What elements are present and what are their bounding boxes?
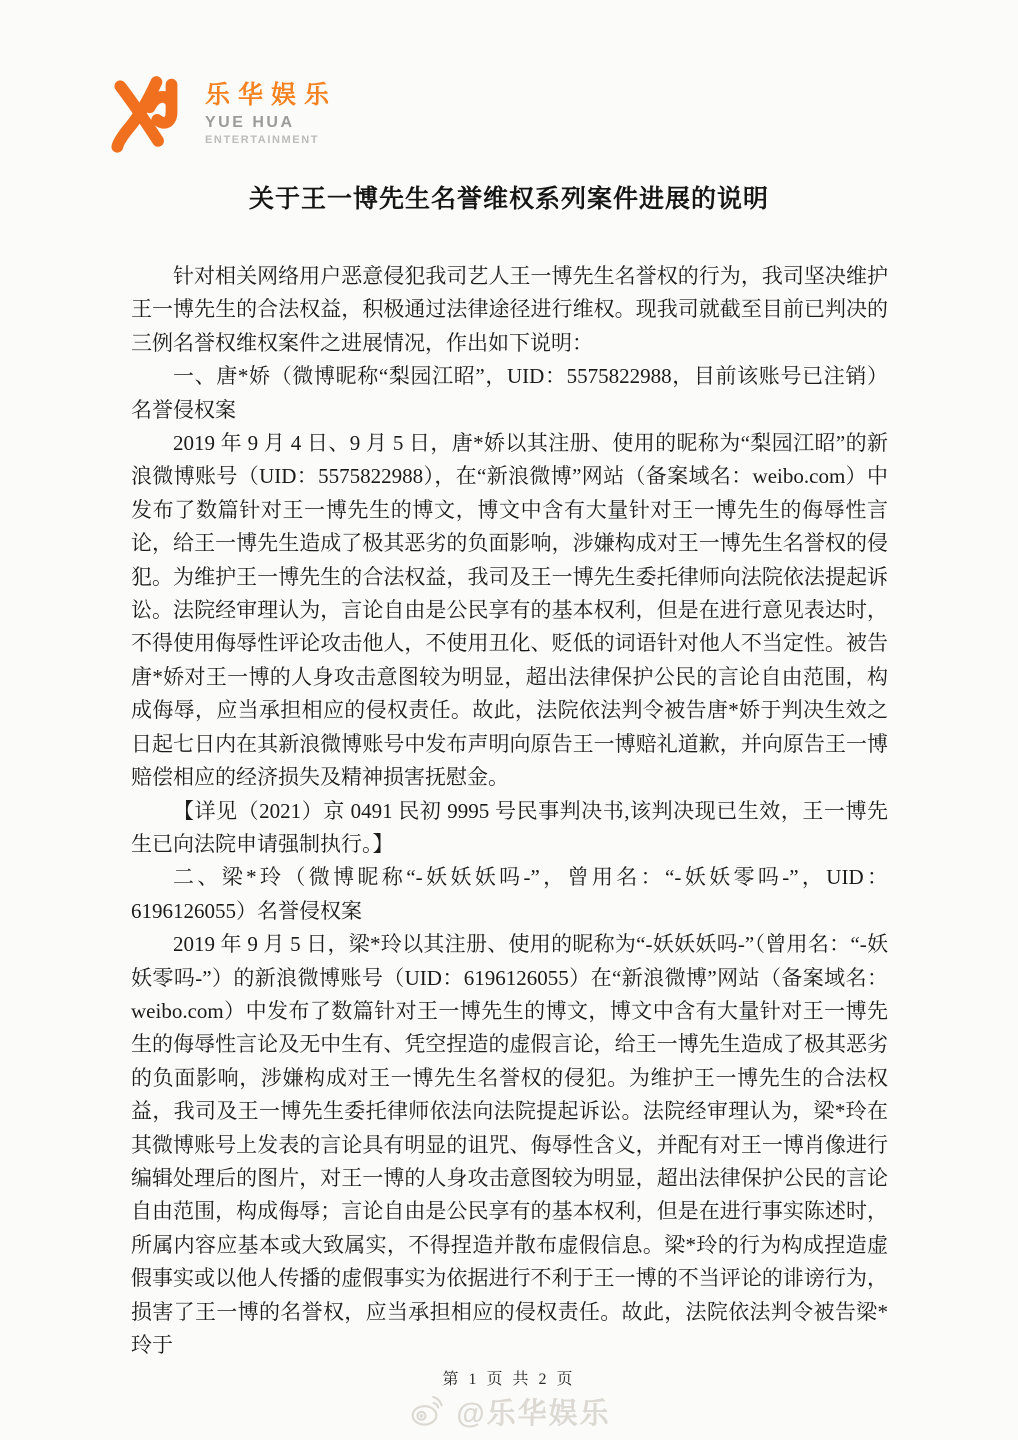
document-page: 乐华娱乐 YUE HUA ENTERTAINMENT 关于王一博先生名誉维权系列… xyxy=(0,0,1018,1440)
watermark-text: @乐华娱乐 xyxy=(456,1391,610,1432)
document-body: 针对相关网络用户恶意侵犯我司艺人王一博先生名誉权的行为，我司坚决维护王一博先生的… xyxy=(131,260,888,1362)
case-1-heading: 一、唐*娇（微博昵称“梨园江昭”，UID：5575822988，目前该账号已注销… xyxy=(131,360,888,427)
yuehua-monogram-icon xyxy=(106,72,190,156)
weibo-icon xyxy=(407,1390,449,1432)
case-1-body-paragraph: 2019 年 9 月 4 日、9 月 5 日，唐*娇以其注册、使用的昵称为“梨园… xyxy=(131,427,888,794)
logo-name-en: YUE HUA xyxy=(205,115,337,131)
company-logo: 乐华娱乐 YUE HUA ENTERTAINMENT xyxy=(106,72,337,156)
logo-wordmark: 乐华娱乐 YUE HUA ENTERTAINMENT xyxy=(205,72,337,146)
case-2-body-paragraph: 2019 年 9 月 5 日，梁*玲以其注册、使用的昵称为“-妖妖妖吗-”（曾用… xyxy=(131,928,888,1362)
intro-paragraph: 针对相关网络用户恶意侵犯我司艺人王一博先生名誉权的行为，我司坚决维护王一博先生的… xyxy=(131,260,888,360)
document-title: 关于王一博先生名誉维权系列案件进展的说明 xyxy=(0,179,1018,215)
logo-name-cn: 乐华娱乐 xyxy=(205,83,337,108)
page-indicator: 第 1 页 共 2 页 xyxy=(0,1366,1018,1389)
case-2-heading: 二、梁*玲（微博昵称“-妖妖妖吗-”，曾用名：“-妖妖零吗-”，UID：6196… xyxy=(131,861,888,928)
logo-name-en-sub: ENTERTAINMENT xyxy=(205,135,337,146)
weibo-watermark: @乐华娱乐 xyxy=(0,1390,1018,1432)
case-1-judgment-note: 【详见（2021）京 0491 民初 9995 号民事判决书,该判决现已生效，王… xyxy=(131,795,888,862)
